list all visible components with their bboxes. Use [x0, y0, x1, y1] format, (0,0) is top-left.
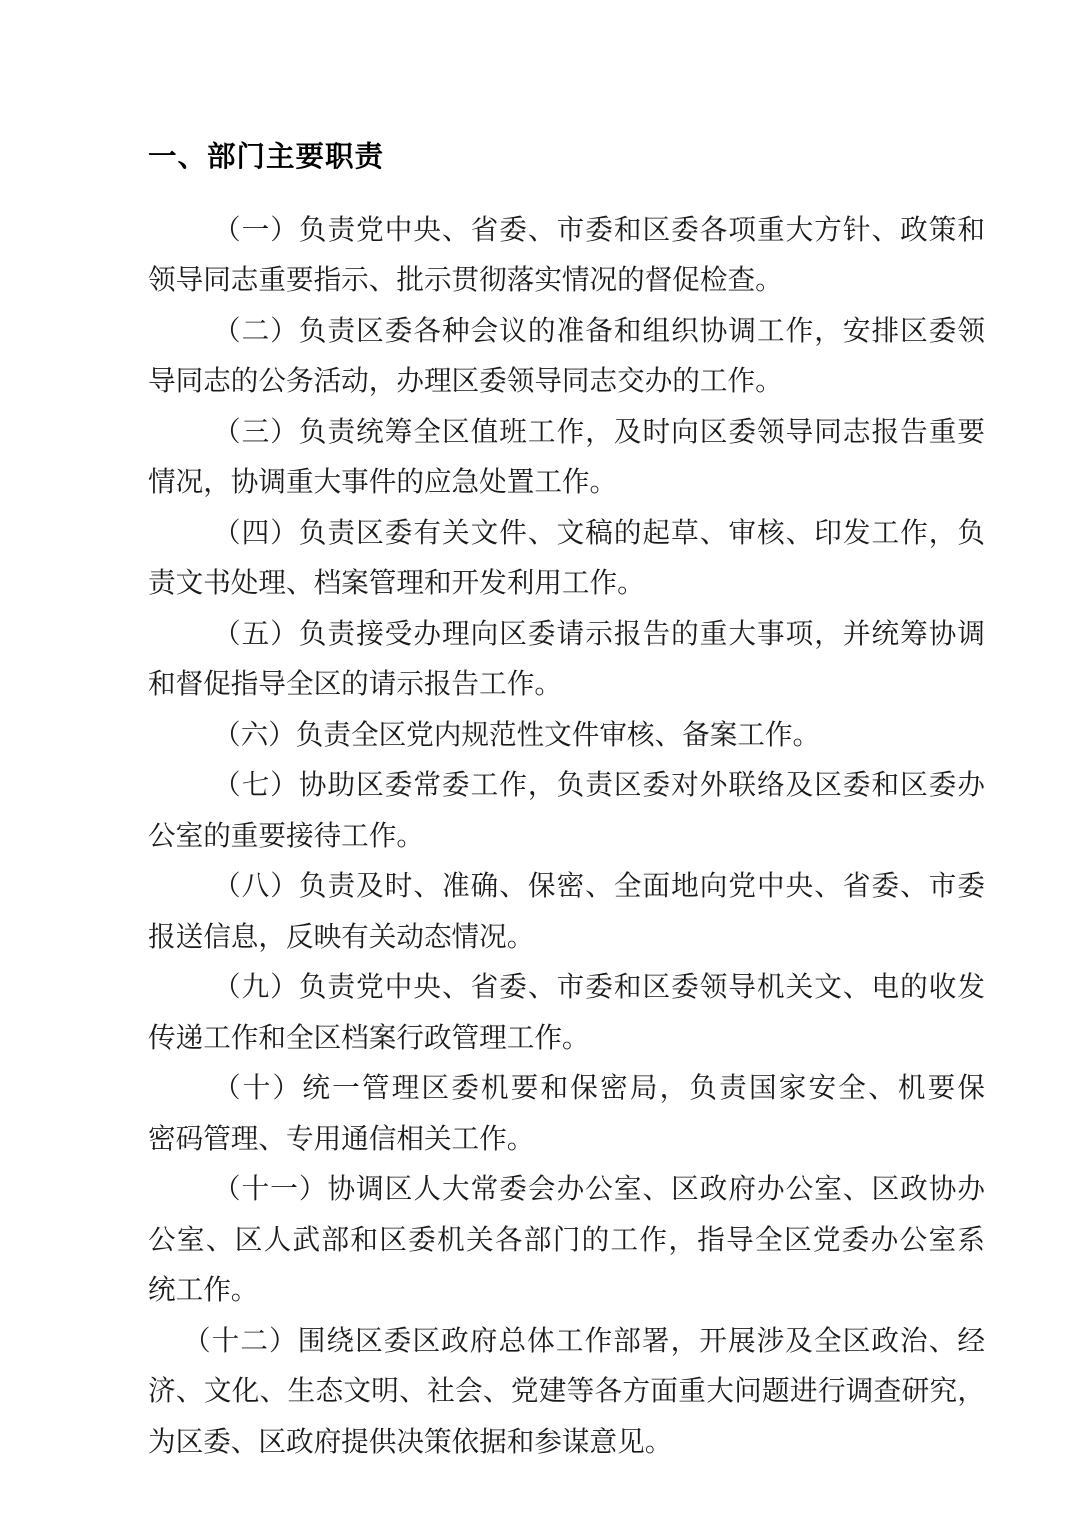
paragraph-7-line-1: （七）协助区委常委工作，负责区委对外联络及区委和区委办: [148, 760, 985, 811]
paragraph-12-line-3: 为区委、区政府提供决策依据和参谋意见。: [148, 1417, 985, 1468]
paragraph-7-line-2: 公室的重要接待工作。: [148, 811, 985, 862]
paragraph-3-line-1: （三）负责统筹全区值班工作，及时向区委领导同志报告重要: [148, 407, 985, 458]
paragraph-10-line-2: 密码管理、专用通信相关工作。: [148, 1114, 985, 1165]
paragraph-11-line-3: 统工作。: [148, 1265, 985, 1316]
paragraph-2-line-1: （二）负责区委各种会议的准备和组织协调工作，安排区委领: [148, 306, 985, 357]
paragraph-2-line-2: 导同志的公务活动，办理区委领导同志交办的工作。: [148, 356, 985, 407]
section-title: 一、部门主要职责: [148, 132, 985, 183]
paragraph-9-line-1: （九）负责党中央、省委、市委和区委领导机关文、电的收发: [148, 962, 985, 1013]
paragraph-12-line-1: （十二）围绕区委区政府总体工作部署，开展涉及全区政治、经: [148, 1316, 985, 1367]
paragraph-12-line-2: 济、文化、生态文明、社会、党建等各方面重大问题进行调查研究，: [148, 1366, 985, 1417]
paragraph-3-line-2: 情况，协调重大事件的应急处置工作。: [148, 457, 985, 508]
document-body: （一）负责党中央、省委、市委和区委各项重大方针、政策和领导同志重要指示、批示贯彻…: [148, 205, 985, 1468]
paragraph-11-line-1: （十一）协调区人大常委会办公室、区政府办公室、区政协办: [148, 1164, 985, 1215]
paragraph-4-line-1: （四）负责区委有关文件、文稿的起草、审核、印发工作，负: [148, 508, 985, 559]
document-page: 一、部门主要职责 （一）负责党中央、省委、市委和区委各项重大方针、政策和领导同志…: [0, 0, 1069, 1514]
paragraph-5-line-2: 和督促指导全区的请示报告工作。: [148, 659, 985, 710]
paragraph-1-line-2: 领导同志重要指示、批示贯彻落实情况的督促检查。: [148, 255, 985, 306]
paragraph-8-line-2: 报送信息，反映有关动态情况。: [148, 912, 985, 963]
paragraph-9-line-2: 传递工作和全区档案行政管理工作。: [148, 1013, 985, 1064]
paragraph-11-line-2: 公室、区人武部和区委机关各部门的工作，指导全区党委办公室系: [148, 1215, 985, 1266]
paragraph-8-line-1: （八）负责及时、准确、保密、全面地向党中央、省委、市委: [148, 861, 985, 912]
paragraph-4-line-2: 责文书处理、档案管理和开发利用工作。: [148, 558, 985, 609]
paragraph-6-line-1: （六）负责全区党内规范性文件审核、备案工作。: [148, 710, 985, 761]
paragraph-1-line-1: （一）负责党中央、省委、市委和区委各项重大方针、政策和: [148, 205, 985, 256]
paragraph-5-line-1: （五）负责接受办理向区委请示报告的重大事项，并统筹协调: [148, 609, 985, 660]
paragraph-10-line-1: （十）统一管理区委机要和保密局，负责国家安全、机要保密、: [148, 1063, 985, 1114]
